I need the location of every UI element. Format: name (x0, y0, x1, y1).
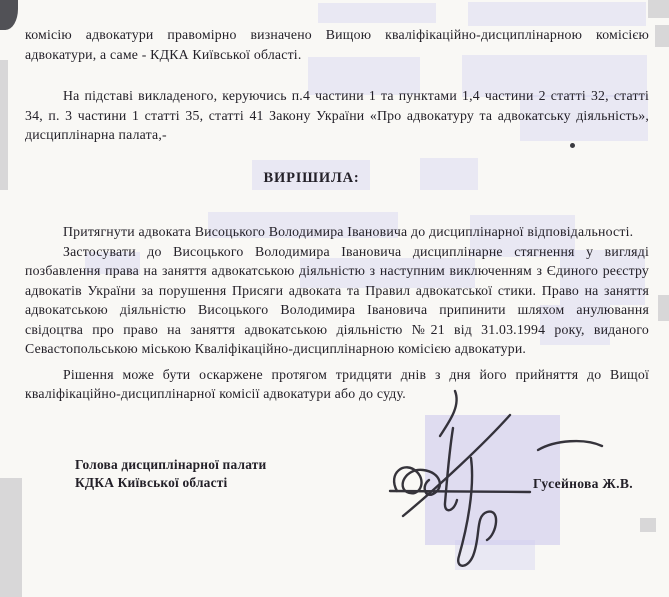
decision-heading: ВИРІШИЛА: (0, 170, 646, 187)
scan-artifact (468, 2, 646, 26)
scanned-document-page: комісію адвокатури правомірно визначено … (0, 0, 669, 597)
signatory-title: Голова дисциплінарної палати КДКА Київсь… (75, 456, 266, 491)
signatory-title-line2: КДКА Київської області (75, 474, 266, 492)
decision-body: Притягнути адвоката Висоцького Володимир… (25, 222, 649, 404)
scan-artifact (0, 478, 22, 597)
scan-artifact (0, 0, 18, 30)
scan-artifact (318, 3, 436, 23)
paragraph-legal-basis: На підставі викладеного, керуючись п.4 ч… (25, 86, 649, 145)
signatory-name: Гусейнова Ж.В. (533, 476, 633, 492)
paragraph-continuation: комісію адвокатури правомірно визначено … (25, 25, 649, 64)
paragraph-sanction: Застосувати до Висоцького Володимира Іва… (25, 242, 649, 359)
paragraph-appeal: Рішення може бути оскаржене протягом три… (25, 365, 649, 404)
scan-artifact (658, 295, 669, 321)
scan-artifact (455, 540, 535, 570)
signatory-title-line1: Голова дисциплінарної палати (75, 456, 266, 474)
paragraph-discipline: Притягнути адвоката Висоцького Володимир… (25, 222, 649, 242)
scan-artifact (655, 25, 669, 47)
scan-artifact (648, 0, 669, 18)
scan-artifact (640, 518, 656, 532)
